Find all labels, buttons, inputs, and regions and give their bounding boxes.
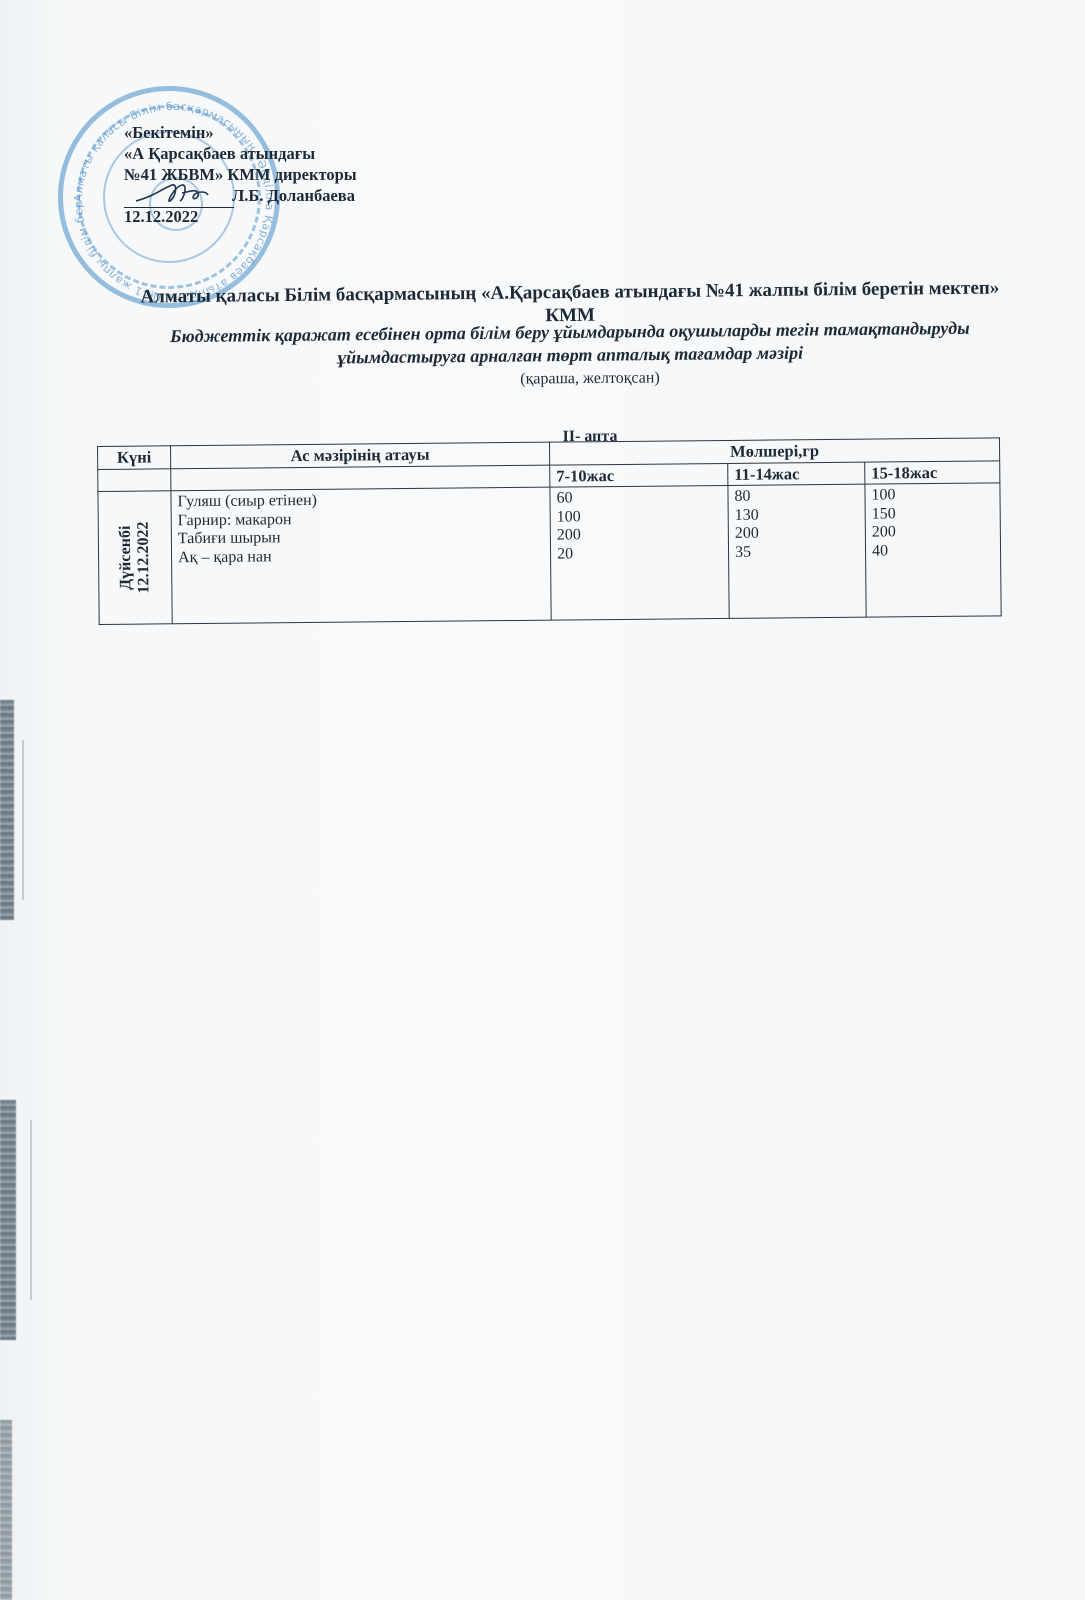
signature-line — [124, 207, 234, 208]
scanner-streak — [0, 700, 14, 920]
portion-value: 80 — [734, 487, 858, 507]
age-header-7-10: 7-10жас — [550, 463, 728, 487]
day-name: Дүйсенбі — [117, 522, 136, 594]
menu-period: (қараша, желтоқсан) — [400, 368, 780, 389]
age-header-11-14: 11-14жас — [728, 462, 865, 485]
document-subtitle: Бюджеттік қаражат есебінен орта білім бе… — [150, 317, 990, 372]
portion-value: 200 — [872, 522, 994, 542]
portion-15-18: 100 150 200 40 — [865, 483, 1001, 617]
portion-value: 150 — [872, 504, 994, 524]
portion-value: 130 — [735, 505, 859, 525]
approval-school: «А Қарсақбаев атындағы — [124, 143, 357, 164]
portion-value: 60 — [556, 488, 721, 508]
scanner-streak — [0, 1100, 16, 1340]
day-date: 12.12.2022 — [135, 521, 154, 593]
dish-list: Гуляш (сиыр етінен) Гарнир: макарон Таби… — [171, 487, 551, 624]
table-row: Дүйсенбі 12.12.2022 Гуляш (сиыр етінен) … — [98, 483, 1001, 625]
portion-11-14: 80 130 200 35 — [728, 484, 866, 618]
portion-value: 20 — [557, 544, 722, 564]
portion-value: 40 — [872, 541, 994, 561]
scanner-streak — [30, 1120, 32, 1300]
portion-7-10: 60 100 200 20 — [550, 485, 729, 620]
day-label: Дүйсенбі 12.12.2022 — [117, 521, 154, 593]
signatory-name: Л.Б. Доланбаева — [232, 186, 355, 205]
portion-value: 100 — [871, 485, 993, 505]
empty-header-cell — [98, 469, 171, 492]
approval-date: 12.12.2022 — [124, 206, 357, 227]
portion-value: 100 — [557, 507, 722, 527]
day-cell: Дүйсенбі 12.12.2022 — [98, 491, 172, 625]
scanner-streak — [0, 1420, 12, 1600]
signature-row: Л.Б. Доланбаева — [124, 185, 357, 206]
portion-value: 35 — [735, 542, 859, 562]
dish-item: Ақ – қара нан — [178, 545, 544, 567]
scanned-page: Алматы қаласы Білім басқармасының «Әбділ… — [0, 0, 1085, 1600]
approval-heading: «Бекітемін» — [124, 122, 357, 143]
portion-value: 200 — [735, 524, 859, 544]
age-header-15-18: 15-18жас — [865, 461, 1000, 484]
approval-block: «Бекітемін» «А Қарсақбаев атындағы №41 Ж… — [124, 122, 357, 227]
day-header: Күні — [98, 446, 171, 470]
signature-icon — [132, 179, 232, 209]
menu-table: Күні Ас мәзірінің атауы Мөлшері,гр 7-10ж… — [97, 437, 1002, 625]
portion-value: 200 — [557, 525, 722, 545]
scanner-streak — [22, 740, 24, 900]
